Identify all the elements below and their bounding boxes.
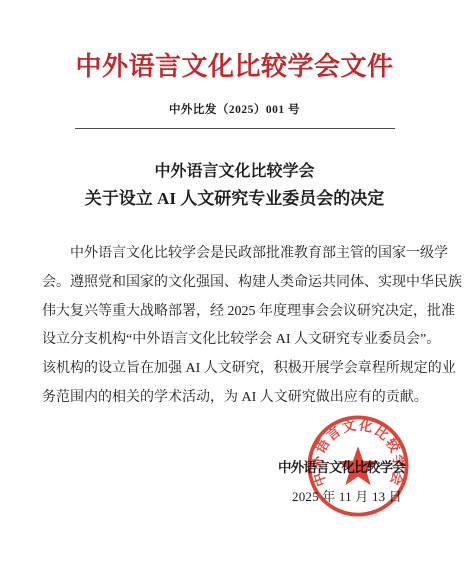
body-paragraph: 中外语言文化比较学会是民政部批准教育部主管的国家一级学 会。遵照党和国家的文化强… (42, 240, 428, 413)
body-line: 设立分支机构“中外语言文化比较学会 AI 人文研究专业委员会”。 (42, 326, 428, 355)
body-line: 中外语言文化比较学会是民政部批准教育部主管的国家一级学 (42, 240, 428, 269)
document-title-subject: 关于设立 AI 人文研究专业委员会的决定 (0, 184, 469, 209)
document-header-title: 中外语言文化比较学会文件 (0, 46, 469, 83)
body-line: 会。遵照党和国家的文化强国、构建人类命运共同体、实现中华民族 (42, 269, 428, 298)
body-line: 伟大复兴等重大战略部署，经 2025 年度理事会会议研究决定，批准 (42, 298, 428, 327)
document-page: 中外语言文化比较学会文件 中外比发（2025）001 号 中外语言文化比较学会 … (0, 0, 469, 564)
signature-date: 2025 年 11 月 13 日 (292, 486, 402, 505)
seal-ring-text: 中外语言文化比较学会 (309, 416, 408, 488)
body-line: 务范围内的相关的学术活动，为 AI 人文研究做出应有的贡献。 (42, 384, 428, 413)
body-line: 该机构的设立旨在加强 AI 人文研究，积极开展学会章程所规定的业 (42, 355, 428, 384)
document-number: 中外比发（2025）001 号 (0, 101, 469, 117)
signature-org: 中外语言文化比较学会 (278, 456, 405, 476)
header-divider (75, 128, 395, 129)
document-title-org: 中外语言文化比较学会 (0, 158, 469, 181)
